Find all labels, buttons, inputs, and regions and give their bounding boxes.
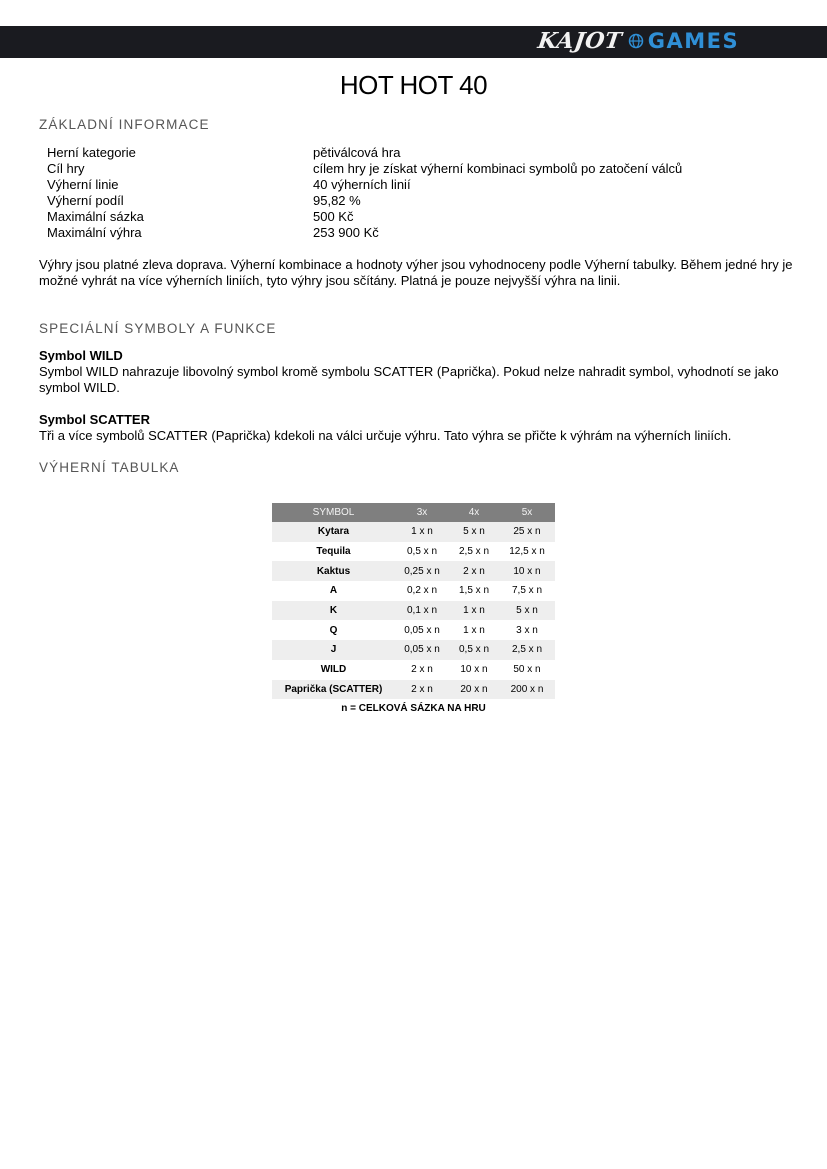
wild-section: Symbol WILD Symbol WILD nahrazuje libovo…	[39, 348, 799, 396]
scatter-description: Tři a více symbolů SCATTER (Paprička) kd…	[39, 428, 799, 444]
table-row: J0,05 x n0,5 x n2,5 x n	[272, 640, 555, 660]
payout-cell: 5 x n	[449, 522, 499, 542]
column-header-symbol: SYMBOL	[272, 503, 395, 522]
info-label: Maximální sázka	[47, 209, 313, 225]
paytable-header-row: SYMBOL 3x 4x 5x	[272, 503, 555, 522]
table-row: WILD2 x n10 x n50 x n	[272, 660, 555, 680]
symbol-cell: Tequila	[272, 542, 395, 562]
kajot-games-logo: KAJOT GAMES	[538, 28, 739, 54]
section-heading-special: SPECIÁLNÍ SYMBOLY A FUNKCE	[39, 321, 276, 336]
payout-cell: 7,5 x n	[499, 581, 555, 601]
payout-cell: 50 x n	[499, 660, 555, 680]
symbol-cell: Kytara	[272, 522, 395, 542]
payout-cell: 1 x n	[449, 601, 499, 621]
scatter-section: Symbol SCATTER Tři a více symbolů SCATTE…	[39, 412, 799, 444]
section-heading-paytable: VÝHERNÍ TABULKA	[39, 460, 180, 475]
payout-cell: 200 x n	[499, 680, 555, 700]
section-heading-basic-info: ZÁKLADNÍ INFORMACE	[39, 117, 210, 132]
payout-cell: 20 x n	[449, 680, 499, 700]
payout-cell: 0,05 x n	[395, 640, 449, 660]
logo-kajot-text: KAJOT	[536, 28, 623, 54]
info-value: 253 900 Kč	[313, 225, 379, 241]
info-label: Maximální výhra	[47, 225, 313, 241]
basic-info-list: Herní kategoriepětiválcová hraCíl hrycíl…	[47, 145, 682, 241]
payout-cell: 0,25 x n	[395, 561, 449, 581]
paytable-footnote: n = CELKOVÁ SÁZKA NA HRU	[272, 703, 555, 714]
symbol-cell: Paprička (SCATTER)	[272, 680, 395, 700]
symbol-cell: K	[272, 601, 395, 621]
payout-cell: 10 x n	[499, 561, 555, 581]
wild-title: Symbol WILD	[39, 348, 799, 364]
payout-cell: 1 x n	[449, 620, 499, 640]
info-row: Herní kategoriepětiválcová hra	[47, 145, 682, 161]
rules-paragraph: Výhry jsou platné zleva doprava. Výherní…	[39, 257, 799, 289]
payout-cell: 2 x n	[395, 680, 449, 700]
column-header-5x: 5x	[499, 503, 555, 522]
column-header-4x: 4x	[449, 503, 499, 522]
payout-cell: 2,5 x n	[499, 640, 555, 660]
info-value: 500 Kč	[313, 209, 353, 225]
info-row: Maximální sázka500 Kč	[47, 209, 682, 225]
column-header-3x: 3x	[395, 503, 449, 522]
table-row: Kaktus0,25 x n2 x n10 x n	[272, 561, 555, 581]
info-label: Herní kategorie	[47, 145, 313, 161]
payout-cell: 3 x n	[499, 620, 555, 640]
table-row: Tequila0,5 x n2,5 x n12,5 x n	[272, 542, 555, 562]
symbol-cell: Q	[272, 620, 395, 640]
info-row: Výherní podíl95,82 %	[47, 193, 682, 209]
scatter-title: Symbol SCATTER	[39, 412, 799, 428]
wild-description: Symbol WILD nahrazuje libovolný symbol k…	[39, 364, 799, 396]
payout-cell: 12,5 x n	[499, 542, 555, 562]
symbol-cell: J	[272, 640, 395, 660]
payout-cell: 0,5 x n	[449, 640, 499, 660]
payout-cell: 2 x n	[449, 561, 499, 581]
info-row: Výherní linie40 výherních linií	[47, 177, 682, 193]
logo-games-text: GAMES	[648, 29, 739, 53]
info-value: cílem hry je získat výherní kombinaci sy…	[313, 161, 682, 177]
payout-cell: 10 x n	[449, 660, 499, 680]
payout-cell: 1,5 x n	[449, 581, 499, 601]
table-row: K0,1 x n1 x n5 x n	[272, 601, 555, 621]
page-title: HOT HOT 40	[0, 70, 827, 101]
payout-cell: 25 x n	[499, 522, 555, 542]
payout-cell: 0,2 x n	[395, 581, 449, 601]
table-row: Q0,05 x n1 x n3 x n	[272, 620, 555, 640]
payout-cell: 0,5 x n	[395, 542, 449, 562]
payout-cell: 5 x n	[499, 601, 555, 621]
info-value: 40 výherních linií	[313, 177, 411, 193]
info-row: Maximální výhra253 900 Kč	[47, 225, 682, 241]
info-value: 95,82 %	[313, 193, 361, 209]
globe-icon	[628, 33, 644, 49]
symbol-cell: WILD	[272, 660, 395, 680]
symbol-cell: A	[272, 581, 395, 601]
info-value: pětiválcová hra	[313, 145, 400, 161]
info-label: Výherní podíl	[47, 193, 313, 209]
payout-cell: 1 x n	[395, 522, 449, 542]
info-row: Cíl hrycílem hry je získat výherní kombi…	[47, 161, 682, 177]
payout-cell: 2,5 x n	[449, 542, 499, 562]
symbol-cell: Kaktus	[272, 561, 395, 581]
payout-cell: 0,1 x n	[395, 601, 449, 621]
payout-cell: 2 x n	[395, 660, 449, 680]
table-row: A0,2 x n1,5 x n7,5 x n	[272, 581, 555, 601]
paytable: SYMBOL 3x 4x 5x Kytara1 x n5 x n25 x nTe…	[272, 503, 555, 699]
table-row: Paprička (SCATTER)2 x n20 x n200 x n	[272, 680, 555, 700]
info-label: Výherní linie	[47, 177, 313, 193]
info-label: Cíl hry	[47, 161, 313, 177]
payout-cell: 0,05 x n	[395, 620, 449, 640]
table-row: Kytara1 x n5 x n25 x n	[272, 522, 555, 542]
